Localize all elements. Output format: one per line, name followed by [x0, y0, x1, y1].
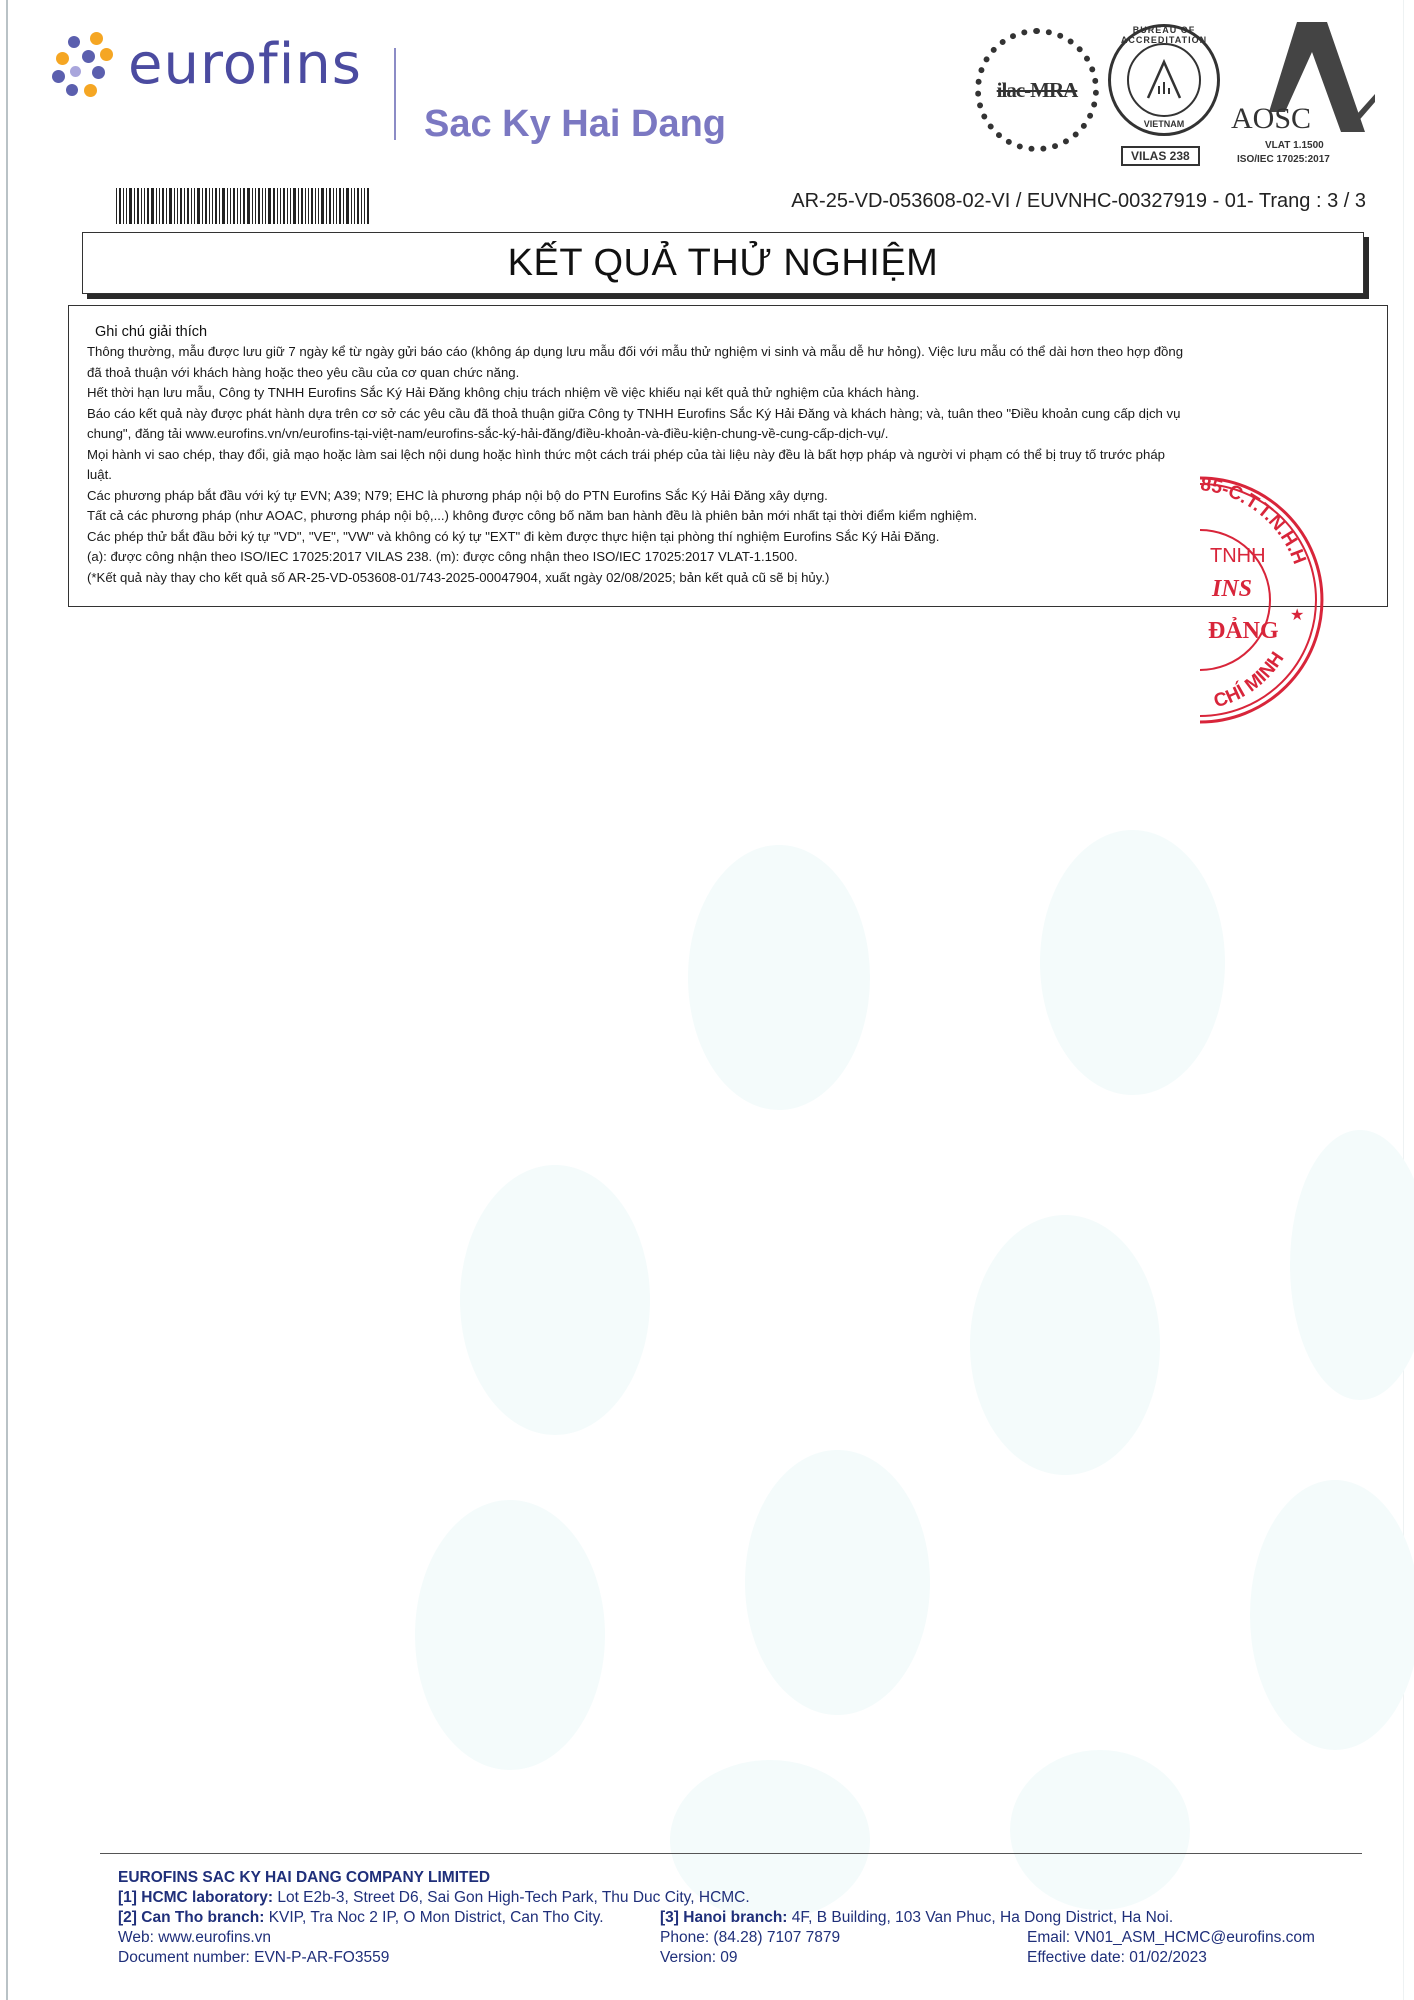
- barcode: [116, 188, 428, 224]
- footer-document-number: Document number: EVN-P-AR-FO3559: [118, 1948, 750, 1968]
- note-line: đã thoả thuận với khách hàng hoặc theo y…: [87, 363, 1373, 384]
- aosc-iso: ISO/IEC 17025:2017: [1237, 154, 1330, 165]
- page-edge: [6, 0, 8, 2000]
- note-line: Hết thời hạn lưu mẫu, Công ty TNHH Eurof…: [87, 383, 1373, 404]
- subbrand-name: Sac Ky Hai Dang: [424, 103, 726, 146]
- company-stamp: 85-C.T.T.N.H.H CHÍ MINH TNHH INS ĐẢNG ★: [1130, 470, 1330, 730]
- footer-divider: [100, 1853, 1362, 1854]
- note-line: Thông thường, mẫu được lưu giữ 7 ngày kể…: [87, 342, 1373, 363]
- svg-text:INS: INS: [1211, 576, 1252, 602]
- report-reference: AR-25-VD-053608-02-VI / EUVNHC-00327919 …: [791, 190, 1366, 213]
- svg-text:TNHH: TNHH: [1210, 545, 1266, 567]
- svg-text:CHÍ MINH: CHÍ MINH: [1211, 648, 1288, 712]
- vilas-badge: VILAS 238: [1121, 146, 1200, 166]
- footer-web[interactable]: Web: www.eurofins.vn: [118, 1928, 750, 1948]
- note-line: Mọi hành vi sao chép, thay đổi, giả mạo …: [87, 445, 1373, 466]
- note-line: chung", đăng tải www.eurofins.vn/vn/euro…: [87, 424, 1373, 445]
- aosc-vlat: VLAT 1.1500: [1265, 140, 1324, 151]
- bureau-of-accreditation-logo: BUREAU OF ACCREDITATION VIETNAM: [1108, 24, 1220, 136]
- eurofins-logo-icon: [50, 30, 122, 100]
- svg-text:★: ★: [1290, 607, 1304, 624]
- logo-divider: [394, 48, 396, 140]
- footer-company: EUROFINS SAC KY HAI DANG COMPANY LIMITED: [118, 1868, 750, 1888]
- footer-effective-date: Effective date: 01/02/2023: [1027, 1948, 1315, 1968]
- footer-hanoi: [3] Hanoi branch: 4F, B Building, 103 Va…: [660, 1908, 1173, 1928]
- brand-name: eurofins: [128, 37, 362, 93]
- footer-email[interactable]: Email: VN01_ASM_HCMC@eurofins.com: [1027, 1928, 1315, 1948]
- footer-cantho: [2] Can Tho branch: KVIP, Tra Noc 2 IP, …: [118, 1908, 750, 1928]
- aosc-name: AOSC: [1231, 102, 1311, 136]
- title-box: KẾT QUẢ THỬ NGHIỆM: [82, 232, 1364, 294]
- footer-hcmc: [1] HCMC laboratory: Lot E2b-3, Street D…: [118, 1888, 750, 1908]
- svg-text:ĐẢNG: ĐẢNG: [1208, 618, 1279, 644]
- note-line: Báo cáo kết quả này được phát hành dựa t…: [87, 404, 1373, 425]
- footer: EUROFINS SAC KY HAI DANG COMPANY LIMITED…: [118, 1868, 750, 1968]
- notes-heading: Ghi chú giải thích: [95, 324, 1373, 340]
- footer-col3: Email: VN01_ASM_HCMC@eurofins.com Effect…: [1027, 1928, 1315, 1968]
- boa-mountain-icon: [1127, 43, 1201, 117]
- page-edge-right: [1403, 0, 1404, 2000]
- eurofins-logo: eurofins: [50, 30, 362, 100]
- ilac-mra-logo: ilac-MRA: [975, 28, 1099, 152]
- accreditation-badges: ilac-MRA BUREAU OF ACCREDITATION VIETNAM…: [975, 18, 1375, 178]
- page-title: KẾT QUẢ THỬ NGHIỆM: [508, 242, 939, 285]
